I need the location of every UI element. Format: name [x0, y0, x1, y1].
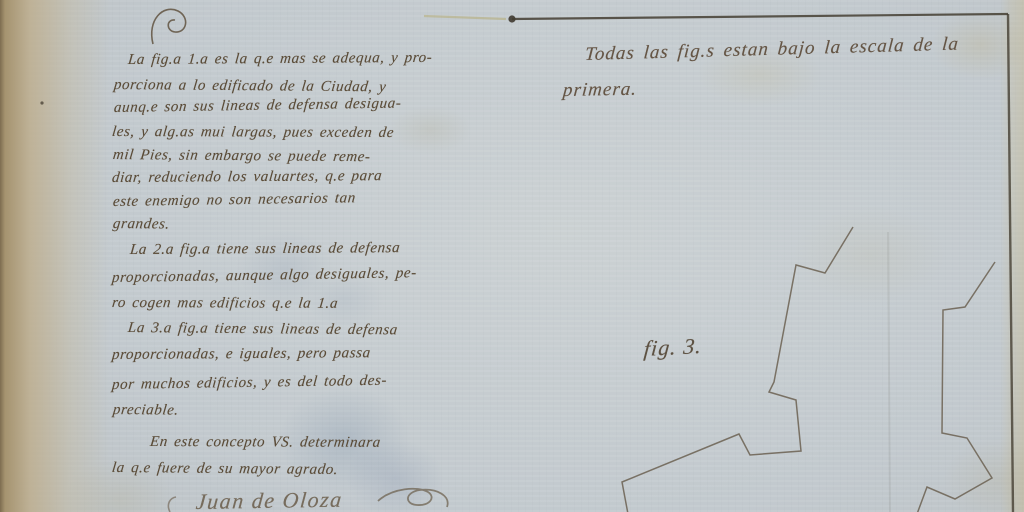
top-rule-line: [512, 14, 1008, 19]
right-rule-line: [1008, 14, 1013, 512]
manuscript-line: proporcionadas, aunque algo desiguales, …: [111, 262, 418, 289]
manuscript-line: proporcionadas, e iguales, pero passa: [111, 342, 372, 366]
rule-end-dot: [508, 15, 515, 22]
figure-label: fig. 3.: [643, 333, 703, 362]
manuscript-note-line: Todas las fig.s estan bajo la escala de …: [584, 34, 960, 66]
signature-lead-stroke: [168, 497, 176, 512]
manuscript-line: La 2.a fig.a tiene sus lineas de defensa: [129, 237, 401, 261]
manuscript-line: preciable.: [112, 399, 180, 422]
manuscript-line: este enemigo no son necesarios tan: [112, 187, 357, 213]
manuscript-line: La fig.a 1.a es la q.e mas se adequa, y …: [127, 47, 434, 71]
fortification-trace-right: [917, 262, 995, 512]
fortification-trace-left: [622, 227, 853, 512]
faint-rule-offset: [424, 16, 506, 19]
manuscript-page: La fig.a 1.a es la q.e mas se adequa, y …: [0, 0, 1024, 512]
manuscript-line: por muchos edificios, y es del todo des-: [111, 370, 388, 396]
ink-speck: [40, 101, 43, 104]
manuscript-line: En este concepto VS. determinara: [149, 431, 382, 454]
manuscript-line: les, y alg.as mui largas, pues exceden d…: [111, 121, 395, 144]
manuscript-line: diar, reduciendo los valuartes, q.e para: [111, 165, 383, 189]
manuscript-line: La 3.a fig.a tiene sus lineas de defensa: [127, 317, 399, 341]
fold-crease: [888, 232, 890, 512]
manuscript-line: grandes.: [112, 213, 171, 235]
signature-rubric: [378, 489, 448, 507]
spiral-flourish: [152, 9, 186, 44]
signature: Juan de Oloza: [195, 487, 344, 512]
manuscript-line: la q.e fuere de su mayor agrado.: [111, 457, 340, 481]
manuscript-line: aunq.e son sus lineas de defensa desigua…: [113, 92, 402, 119]
manuscript-note-line: primera.: [562, 79, 638, 102]
manuscript-line: ro cogen mas edificios q.e la 1.a: [111, 292, 340, 315]
